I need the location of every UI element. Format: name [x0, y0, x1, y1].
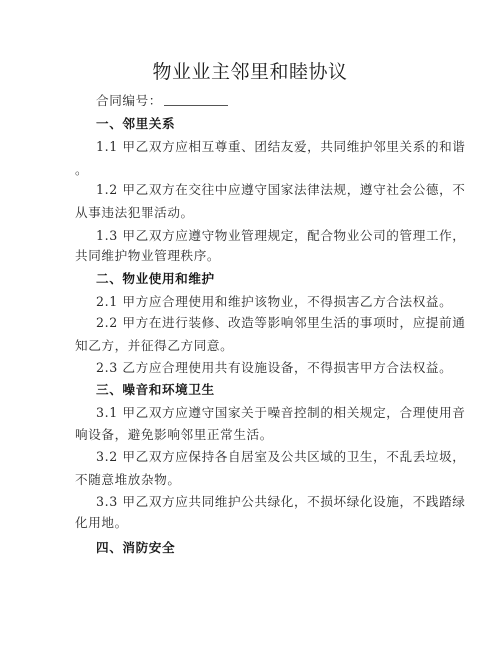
clause-3-2-continuation: 不随意堆放杂物。	[75, 471, 420, 489]
section-heading-4: 四、消防安全	[96, 539, 441, 557]
clause-3-2: 3.2 甲乙双方应保持各自居室及公共区域的卫生，不乱丢垃圾，	[96, 448, 441, 466]
clause-1-2: 1.2 甲乙双方在交往中应遵守国家法律法规，遵守社会公德，不	[96, 181, 441, 199]
contract-number-row: 合同编号：	[96, 92, 441, 110]
section-heading-2: 二、物业使用和维护	[96, 270, 441, 288]
clause-3-1: 3.1 甲乙双方应遵守国家关于噪音控制的相关规定，合理使用音	[96, 404, 441, 422]
clause-2-3: 2.3 乙方应合理使用共有设施设备，不得损害甲方合法权益。	[96, 359, 441, 377]
contract-number-blank[interactable]	[164, 93, 228, 106]
clause-3-3: 3.3 甲乙双方应共同维护公共绿化，不损坏绿化设施，不践踏绿	[96, 493, 441, 511]
clause-1-2-continuation: 从事违法犯罪活动。	[75, 204, 420, 222]
section-heading-3: 三、噪音和环境卫生	[96, 381, 441, 399]
clause-1-3-continuation: 共同维护物业管理秩序。	[75, 247, 420, 265]
clause-2-2-continuation: 知乙方，并征得乙方同意。	[75, 337, 420, 355]
clause-1-3: 1.3 甲乙双方应遵守物业管理规定，配合物业公司的管理工作，	[96, 227, 441, 245]
clause-2-2: 2.2 甲方在进行装修、改造等影响邻里生活的事项时，应提前通	[96, 314, 441, 332]
document-title: 物业业主邻里和睦协议	[0, 60, 500, 84]
contract-number-label: 合同编号：	[96, 93, 162, 108]
clause-3-3-continuation: 化用地。	[75, 514, 420, 532]
clause-1-1-continuation: 。	[75, 161, 420, 179]
clause-1-1: 1.1 甲乙双方应相互尊重、团结友爱，共同维护邻里关系的和谐	[96, 138, 441, 156]
clause-2-1: 2.1 甲方应合理使用和维护该物业，不得损害乙方合法权益。	[96, 293, 441, 311]
document-page: 物业业主邻里和睦协议 合同编号： 一、邻里关系 1.1 甲乙双方应相互尊重、团结…	[0, 0, 500, 647]
section-heading-1: 一、邻里关系	[96, 115, 441, 133]
clause-3-1-continuation: 响设备，避免影响邻里正常生活。	[75, 426, 420, 444]
